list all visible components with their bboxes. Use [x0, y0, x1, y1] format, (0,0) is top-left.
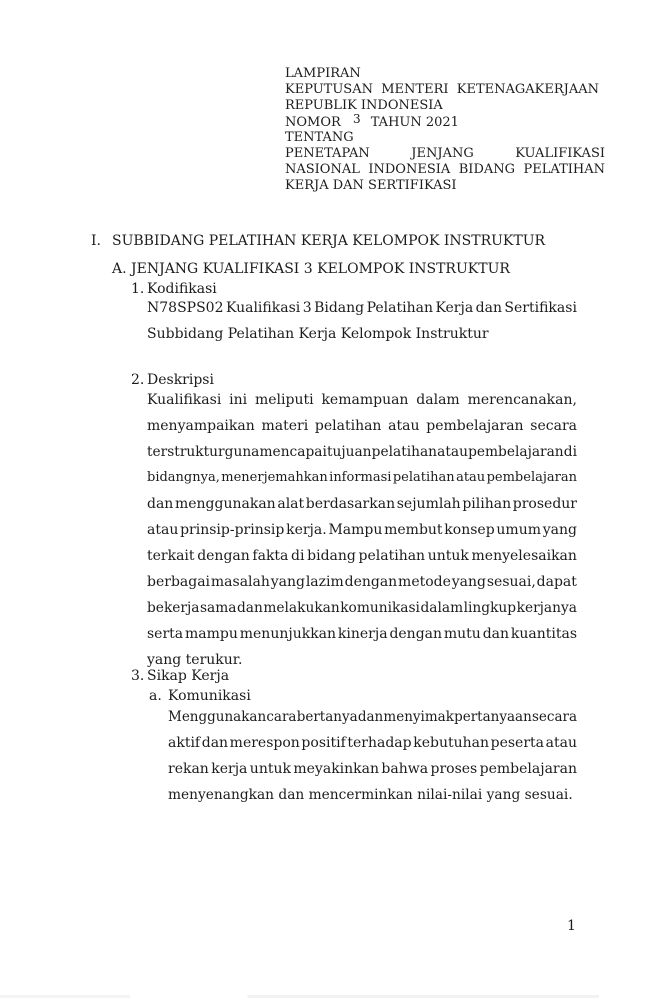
header-word: KUALIFIKASI	[515, 146, 605, 162]
header-word: BIDANG	[459, 162, 515, 178]
paragraph-line: terkaitdenganfaktadibidangpelatihanuntuk…	[147, 543, 577, 569]
paragraph-line: atauprinsip-prinsipkerja.Mampumembutkons…	[147, 517, 577, 543]
item-number-2: 2.	[131, 371, 144, 389]
paragraph-line: N78SPS02Kualifikasi3BidangPelatihanKerja…	[147, 295, 577, 321]
header-line-republik: REPUBLIK INDONESIA	[285, 98, 605, 114]
header-line-nomor: NOMOR 3 TAHUN 2021	[285, 114, 605, 130]
paragraph-line: menyampaikanmateripelatihanataupembelaja…	[147, 413, 577, 439]
paragraph-line: rekankerjauntukmeyakinkanbahwaprosespemb…	[168, 756, 577, 782]
komunikasi-text: Menggunakancarabertanyadanmenyimakpertan…	[168, 704, 577, 808]
kodifikasi-text: N78SPS02Kualifikasi3BidangPelatihanKerja…	[147, 295, 577, 347]
subitem-title-komunikasi: Komunikasi	[168, 687, 251, 705]
paragraph-line: berbagaimasalahyanglazimdenganmetodeyang…	[147, 569, 577, 595]
header-line-penetapan: PENETAPAN JENJANG KUALIFIKASI	[285, 146, 605, 162]
paragraph-line: Kualifikasiinimeliputikemampuandalammere…	[147, 387, 577, 413]
header-line-tentang: TENTANG	[285, 130, 605, 146]
paragraph-line: menyenangkan dan mencerminkan nilai-nila…	[168, 782, 577, 808]
nomor-value: 3	[353, 112, 361, 126]
header-line-keputusan: KEPUTUSAN MENTERI KETENAGAKERJAAN	[285, 82, 605, 98]
nomor-label: NOMOR	[285, 115, 341, 130]
page-number: 1	[567, 918, 576, 934]
subsection-title: JENJANG KUALIFIKASI 3 KELOMPOK INSTRUKTU…	[131, 260, 510, 278]
paragraph-line: danmenggunakanalatberdasarkansejumlahpil…	[147, 491, 577, 517]
header-word: NASIONAL	[285, 162, 360, 178]
section-number: I.	[91, 232, 101, 250]
paragraph-line: bekerjasamadanmelakukankomunikasidalamli…	[147, 595, 577, 621]
header-word: PENETAPAN	[285, 146, 370, 162]
lampiran-header: LAMPIRAN KEPUTUSAN MENTERI KETENAGAKERJA…	[285, 66, 605, 194]
scan-edge-artifact	[0, 995, 651, 998]
paragraph-line: terstrukturgunamencapaitujuanpelatihanat…	[147, 439, 577, 465]
header-line-kerja: KERJA DAN SERTIFIKASI	[285, 178, 605, 194]
paragraph-line: Menggunakancarabertanyadanmenyimakpertan…	[168, 704, 577, 730]
subitem-letter-a: a.	[149, 687, 162, 705]
item-title-sikap-kerja: Sikap Kerja	[147, 667, 229, 685]
header-line-lampiran: LAMPIRAN	[285, 66, 605, 82]
header-word: JENJANG	[411, 146, 473, 162]
header-word: PELATIHAN	[524, 162, 605, 178]
section-title: SUBBIDANG PELATIHAN KERJA KELOMPOK INSTR…	[112, 232, 545, 250]
header-word: INDONESIA	[368, 162, 450, 178]
item-number-3: 3.	[131, 667, 144, 685]
nomor-tahun: TAHUN 2021	[371, 115, 459, 130]
deskripsi-text: Kualifikasiinimeliputikemampuandalammere…	[147, 387, 577, 673]
item-number-1: 1.	[131, 280, 144, 298]
subsection-letter: A.	[112, 260, 127, 278]
paragraph-line: sertamampumenunjukkankinerjadenganmutuda…	[147, 621, 577, 647]
paragraph-line: bidangnya,menerjemahkaninformasipelatiha…	[147, 465, 577, 491]
paragraph-line: aktifdanmeresponpositifterhadapkebutuhan…	[168, 730, 577, 756]
paragraph-line: Subbidang Pelatihan Kerja Kelompok Instr…	[147, 321, 577, 347]
header-line-nasional: NASIONAL INDONESIA BIDANG PELATIHAN	[285, 162, 605, 178]
